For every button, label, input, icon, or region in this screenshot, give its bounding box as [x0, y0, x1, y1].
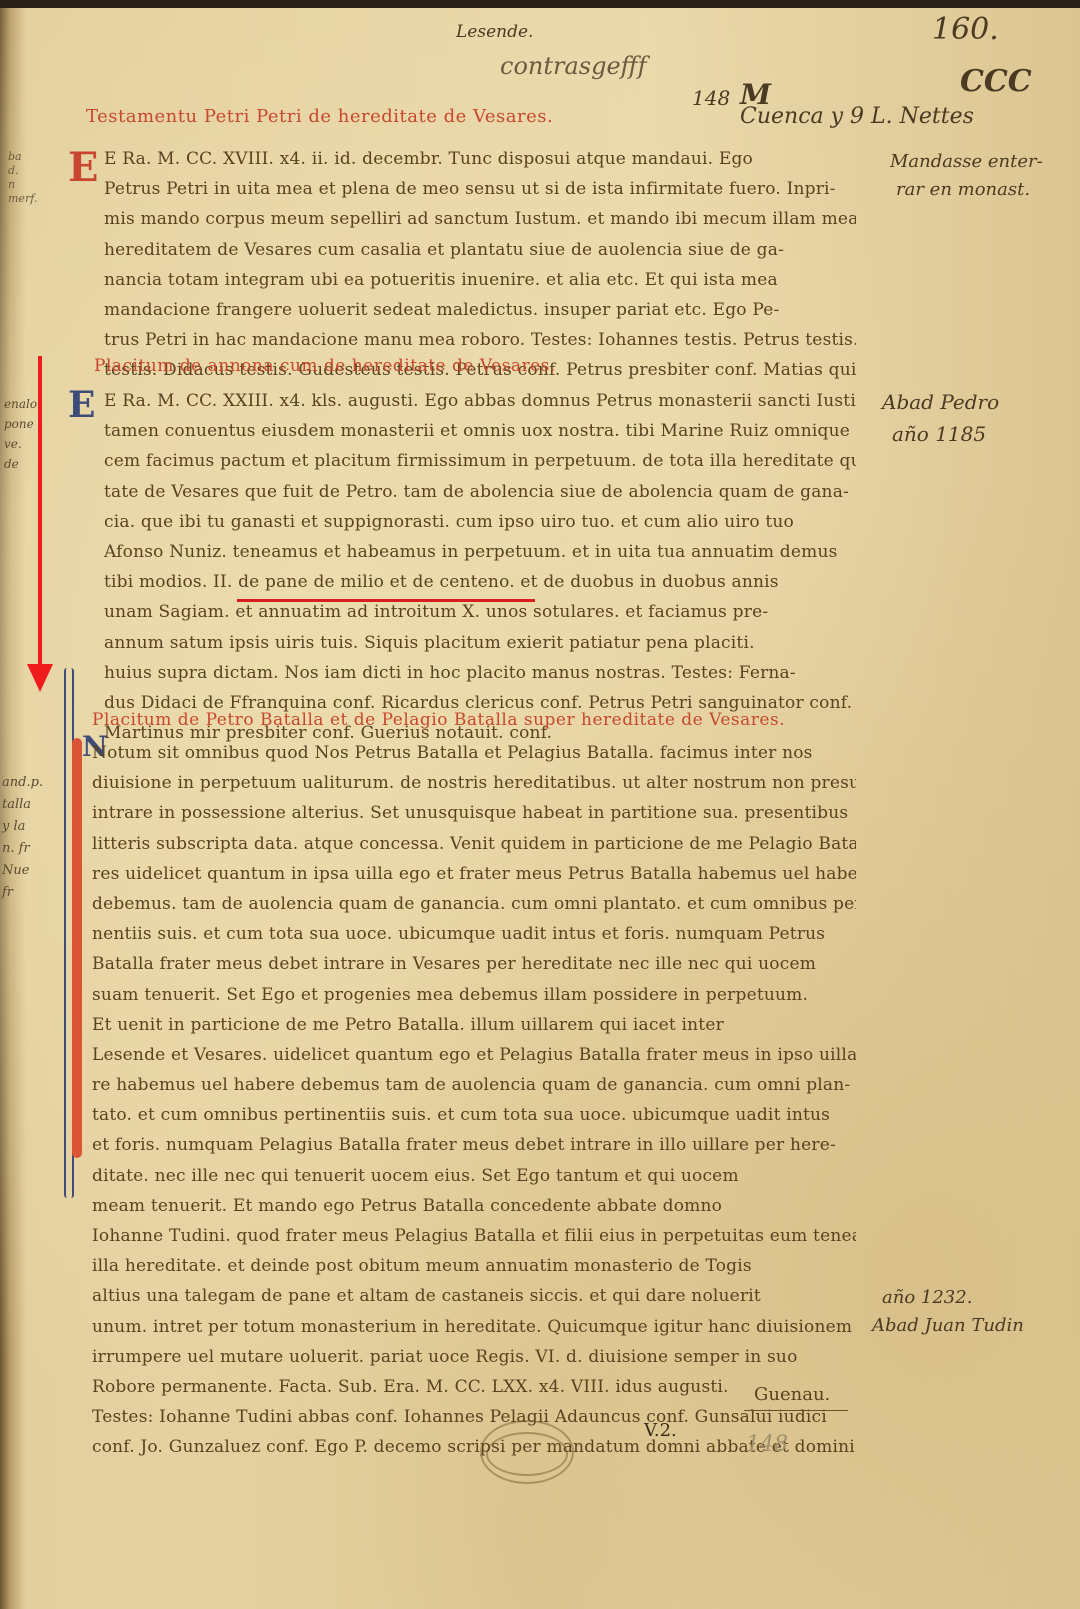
- text-line: ditate. nec ille nec qui tenuerit uocem …: [92, 1161, 856, 1191]
- charter-1-text: E Ra. M. CC. XVIII. x4. ii. id. decembr.…: [104, 144, 856, 386]
- right-note-abad-juan: año 1232. Abad Juan Tudin: [872, 1284, 1024, 1340]
- left-note-line: talla: [2, 794, 43, 816]
- text-line: re habemus uel habere debemus tam de auo…: [92, 1070, 856, 1100]
- text-line: suam tenuerit. Set Ego et progenies mea …: [92, 980, 856, 1010]
- initial-e-blue: E: [68, 384, 95, 426]
- text-line: tibi modios. II. de pane de milio et de …: [104, 567, 856, 597]
- text-line: E Ra. M. CC. XVIII. x4. ii. id. decembr.…: [104, 144, 856, 174]
- text-line: cia. que ibi tu ganasti et suppignorasti…: [104, 507, 856, 537]
- left-note-mid: enalo pone ve. de: [4, 394, 37, 474]
- left-note-line: fr: [2, 882, 43, 904]
- bottom-mark-v: V.2.: [644, 1420, 677, 1441]
- folio-number-top-right: 160.: [932, 12, 999, 47]
- rubric-testament: Testamentu Petri Petri de hereditate de …: [86, 106, 553, 127]
- text-line: tate de Vesares que fuit de Petro. tam d…: [104, 477, 856, 507]
- text-line: illa hereditate. et deinde post obitum m…: [92, 1251, 856, 1281]
- rubric-placitum-annona: Placitum de annona cum de hereditate de …: [94, 356, 556, 376]
- text-line: hereditatem de Vesares cum casalia et pl…: [104, 235, 856, 265]
- text-line: annum satum ipsis uiris tuis. Siquis pla…: [104, 628, 856, 658]
- top-note-lesende: Lesende.: [456, 22, 533, 42]
- text-line: Notum sit omnibus quod Nos Petrus Batall…: [92, 738, 856, 768]
- red-underline-annotation: [237, 599, 535, 602]
- red-arrow-down-icon: [27, 664, 53, 692]
- flourish-scribble-inner: [486, 1432, 568, 1476]
- text-line: mandacione frangere uoluerit sedeat male…: [104, 295, 856, 325]
- text-line: Testes: Iohanne Tudini abbas conf. Iohan…: [92, 1402, 856, 1432]
- text-line: Et uenit in particione de me Petro Batal…: [92, 1010, 856, 1040]
- scan-top-edge: [0, 0, 1080, 8]
- text-line: nentiis suis. et cum tota sua uoce. ubic…: [92, 919, 856, 949]
- left-note-line: y la: [2, 816, 43, 838]
- text-line: trus Petri in hac mandacione manu mea ro…: [104, 325, 856, 355]
- text-line: unum. intret per totum monasterium in he…: [92, 1312, 856, 1342]
- right-note-line: rar en monast.: [890, 176, 1043, 204]
- text-line: Afonso Nuniz. teneamus et habeamus in pe…: [104, 537, 856, 567]
- text-line: Petrus Petri in uita mea et plena de meo…: [104, 174, 856, 204]
- text-line: irrumpere uel mutare uoluerit. pariat uo…: [92, 1342, 856, 1372]
- top-note-center: contrasgefff: [500, 52, 647, 80]
- text-line: E Ra. M. CC. XXIII. x4. kls. augusti. Eg…: [104, 386, 856, 416]
- text-line: tamen conuentus eiusdem monasterii et om…: [104, 416, 856, 446]
- text-line: Iohanne Tudini. quod frater meus Pelagiu…: [92, 1221, 856, 1251]
- top-note-cuenca: Cuenca y 9 L. Nettes: [740, 104, 974, 129]
- text-line: Lesende et Vesares. uidelicet quantum eg…: [92, 1040, 856, 1070]
- folio-number-old: 148: [692, 86, 730, 110]
- left-note-line: n. fr: [2, 838, 43, 860]
- text-line: et foris. numquam Pelagius Batalla frate…: [92, 1130, 856, 1160]
- right-note-line: año 1232.: [872, 1284, 1024, 1312]
- charter-3-text: Notum sit omnibus quod Nos Petrus Batall…: [92, 738, 856, 1463]
- left-note-line: enalo: [4, 394, 37, 414]
- right-note-line: Mandasse enter-: [890, 148, 1043, 176]
- left-note-line: de: [4, 454, 37, 474]
- left-note-top: ba d. n merf.: [8, 150, 37, 206]
- left-note-line: merf.: [8, 192, 37, 206]
- right-note-line: Abad Juan Tudin: [872, 1312, 1024, 1340]
- text-line: tato. et cum omnibus pertinentiis suis. …: [92, 1100, 856, 1130]
- text-line: res uidelicet quantum in ipsa uilla ego …: [92, 859, 856, 889]
- left-note-line: and.p.: [2, 772, 43, 794]
- text-line: litteris subscripta data. atque concessa…: [92, 829, 856, 859]
- top-note-ccc: CCC: [960, 64, 1032, 99]
- manuscript-page: Lesende. contrasgefff 148 M 160. CCC Cue…: [0, 0, 1080, 1609]
- text-line: Robore permanente. Facta. Sub. Era. M. C…: [92, 1372, 856, 1402]
- text-line: meam tenuerit. Et mando ego Petrus Batal…: [92, 1191, 856, 1221]
- left-note-line: n: [8, 178, 37, 192]
- right-note-abad-pedro: Abad Pedro año 1185: [882, 386, 999, 450]
- rubric-placitum-batalla: Placitum de Petro Batalla et de Pelagio …: [92, 710, 785, 730]
- left-note-line: d.: [8, 164, 37, 178]
- text-line: conf. Jo. Gunzaluez conf. Ego P. decemo …: [92, 1432, 856, 1462]
- text-line: nancia totam integram ubi ea potueritis …: [104, 265, 856, 295]
- red-arrow-shaft: [38, 356, 42, 666]
- text-line: altius una talegam de pane et altam de c…: [92, 1281, 856, 1311]
- text-line: Batalla frater meus debet intrare in Ves…: [92, 949, 856, 979]
- right-note-line: año 1185: [882, 418, 999, 450]
- initial-n-red-stroke: [72, 738, 82, 1158]
- right-note-mandasse: Mandasse enter- rar en monast.: [890, 148, 1043, 204]
- right-note-line: Abad Pedro: [882, 386, 999, 418]
- closing-rule: [744, 1410, 848, 1411]
- folio-number-bottom: 148: [746, 1432, 788, 1457]
- closing-word: Guenau.: [754, 1384, 830, 1405]
- left-note-line: pone: [4, 414, 37, 434]
- text-line: debemus. tam de auolencia quam de gananc…: [92, 889, 856, 919]
- left-note-line: ba: [8, 150, 37, 164]
- text-line: diuisione in perpetuum ualiturum. de nos…: [92, 768, 856, 798]
- left-note-low: and.p. talla y la n. fr Nue fr: [2, 772, 43, 904]
- text-line: mis mando corpus meum sepelliri ad sanct…: [104, 204, 856, 234]
- left-note-line: ve.: [4, 434, 37, 454]
- text-line: intrare in possessione alterius. Set unu…: [92, 798, 856, 828]
- text-line: huius supra dictam. Nos iam dicti in hoc…: [104, 658, 856, 688]
- left-note-line: Nue: [2, 860, 43, 882]
- charter-2-text: E Ra. M. CC. XXIII. x4. kls. augusti. Eg…: [104, 386, 856, 748]
- initial-e-red: E: [68, 144, 99, 191]
- text-line: cem facimus pactum et placitum firmissim…: [104, 446, 856, 476]
